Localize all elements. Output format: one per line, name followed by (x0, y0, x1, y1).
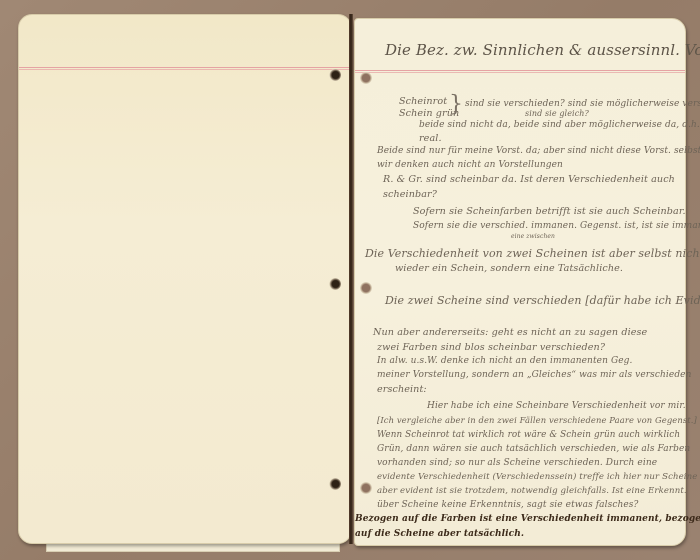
text-line: aber evident ist sie trotzdem, notwendig… (377, 486, 687, 496)
text-line: Sofern sie Scheinfarben betrifft ist sie… (413, 206, 686, 217)
binder-hole-top (329, 69, 341, 81)
text-line: Sofern sie die verschied. immanen. Gegen… (413, 221, 700, 231)
text-line: erscheint: (377, 384, 427, 395)
text-line: vorhanden sind; so nur als Scheine versc… (377, 458, 657, 468)
text-line: Beide sind nur für meine Vorst. da; aber… (377, 146, 700, 156)
text-line: meiner Vorstellung, sondern an „Gleiches… (377, 370, 692, 380)
text-line: evidente Verschiedenheit (Verschiedensse… (377, 472, 697, 482)
notebook-spine (349, 14, 353, 544)
text-line: Die zwei Scheine sind verschieden [dafür… (385, 294, 700, 307)
interlinear-note: eine zwischen (511, 233, 555, 240)
left-page (18, 14, 352, 544)
text-line: wir denken auch nicht an Vorstellungen (377, 160, 563, 170)
text-line: In alw. u.s.W. denke ich nicht an den im… (377, 356, 632, 366)
text-line: R. & Gr. sind scheinbar da. Ist deren Ve… (383, 174, 675, 185)
text-line: scheinbar? (383, 189, 437, 200)
margin-line-secondary (19, 69, 349, 70)
text-line: wieder ein Schein, sondern eine Tatsächl… (395, 263, 623, 274)
curly-bracket: } (449, 92, 463, 117)
text-line: [Ich vergleiche aber in den zwei Fällen … (377, 415, 697, 425)
text-line: sind sie gleich? (525, 109, 589, 118)
text-line: zwei Farben sind blos scheinbar verschie… (377, 342, 605, 353)
right-page: Die Bez. zw. Sinnlichen & aussersinnl. V… (354, 18, 686, 546)
text-line-ink: auf die Scheine aber tatsächlich. (355, 529, 524, 539)
text-line: Die Verschiedenheit von zwei Scheinen is… (365, 247, 700, 260)
binder-hole-top (360, 72, 372, 84)
text-line-ink: Bezogen auf die Farben ist eine Verschie… (355, 514, 700, 524)
text-line: Nun aber andererseits: geht es nicht an … (373, 327, 647, 338)
page-title: Die Bez. zw. Sinnlichen & aussersinnl. V… (385, 41, 700, 59)
text-line: über Scheine keine Erkenntnis, sagt sie … (377, 500, 638, 510)
text-line: real. (419, 133, 442, 144)
text-line: Hier habe ich eine Scheinbare Verschiede… (427, 401, 686, 411)
text-line: sind sie verschieden? sind sie möglicher… (465, 99, 700, 109)
binder-hole-bottom (329, 478, 341, 490)
text-line: beide sind nicht da, beide sind aber mög… (419, 120, 700, 130)
margin-line-secondary (355, 72, 685, 73)
binder-hole-middle (360, 282, 372, 294)
text-line: Wenn Scheinrot tat wirklich rot wäre & S… (377, 430, 680, 440)
margin-line (19, 67, 349, 68)
text-line: Scheinrot (399, 96, 447, 107)
binder-hole-middle (329, 278, 341, 290)
binder-hole-bottom (360, 482, 372, 494)
margin-line (355, 70, 685, 71)
text-line: Grün, dann wären sie auch tatsächlich ve… (377, 444, 690, 454)
